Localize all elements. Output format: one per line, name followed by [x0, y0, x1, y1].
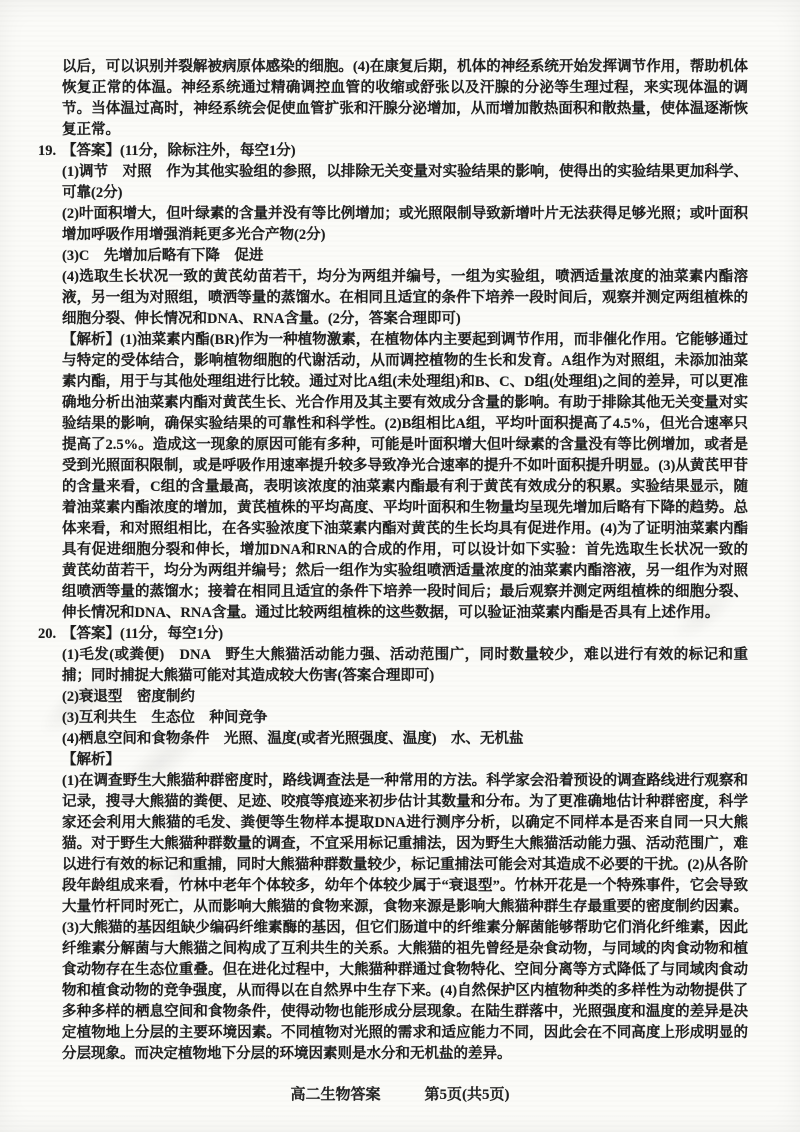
question19-answer-item-2: (2)叶面积增大，但叶绿素的含量并没有等比例增加；或光照限制导致新增叶片无法获得… [62, 204, 748, 246]
question20-answer-block: 20. 【答案】(11分，每空1分) (1)毛发(或粪便) DNA 野生大熊猫活… [62, 624, 748, 1065]
footer-exam-title: 高二生物答案 [290, 1083, 380, 1104]
question20-answer-item-3: (3)互利共生 生态位 种间竞争 [62, 708, 748, 729]
page-footer: 高二生物答案 第5页(共5页) [0, 1083, 800, 1104]
question20-header: 20. 【答案】(11分，每空1分) [62, 624, 748, 645]
question20-number: 20. [38, 624, 56, 645]
document-content: 以后，可以识别并裂解被病原体感染的细胞。(4)在康复后期，机体的神经系统开始发挥… [62, 57, 748, 1065]
question20-header-text: 【答案】(11分，每空1分) [62, 626, 223, 642]
footer-page-number: 第5页(共5页) [425, 1083, 510, 1104]
question20-answer-item-4: (4)栖息空间和食物条件 光照、温度(或者光照强度、温度) 水、无机盐 [62, 729, 748, 750]
question19-number: 19. [38, 141, 56, 162]
question20-analysis-text: (1)在调查野生大熊猫种群密度时，路线调查法是一种常用的方法。科学家会沿着预设的… [62, 771, 748, 1065]
question19-header-text: 【答案】(11分，除标注外，每空1分) [62, 143, 296, 159]
question19-answer-item-4: (4)选取生长状况一致的黄芪幼苗若干，均分为两组并编号，一组为实验组，喷洒适量浓… [62, 267, 748, 330]
question19-answer-item-3: (3)C 先增加后略有下降 促进 [62, 246, 748, 267]
question19-answer-block: 19. 【答案】(11分，除标注外，每空1分) (1)调节 对照 作为其他实验组… [62, 141, 748, 624]
question20-answer-item-1: (1)毛发(或粪便) DNA 野生大熊猫活动能力强、活动范围广，同时数量较少，难… [62, 645, 748, 687]
scanned-answer-page: 以后，可以识别并裂解被病原体感染的细胞。(4)在康复后期，机体的神经系统开始发挥… [0, 0, 800, 1132]
question20-answer-item-2: (2)衰退型 密度制约 [62, 687, 748, 708]
question20-analysis-label: 【解析】 [62, 750, 748, 771]
question18-continuation-text: 以后，可以识别并裂解被病原体感染的细胞。(4)在康复后期，机体的神经系统开始发挥… [62, 57, 748, 141]
question19-header: 19. 【答案】(11分，除标注外，每空1分) [62, 141, 748, 162]
question19-analysis-text: 【解析】(1)油菜素内酯(BR)作为一种植物激素，在植物体内主要起到调节作用，而… [62, 330, 748, 624]
question19-answer-item-1: (1)调节 对照 作为其他实验组的参照，以排除无关变量对实验结果的影响，使得出的… [62, 162, 748, 204]
